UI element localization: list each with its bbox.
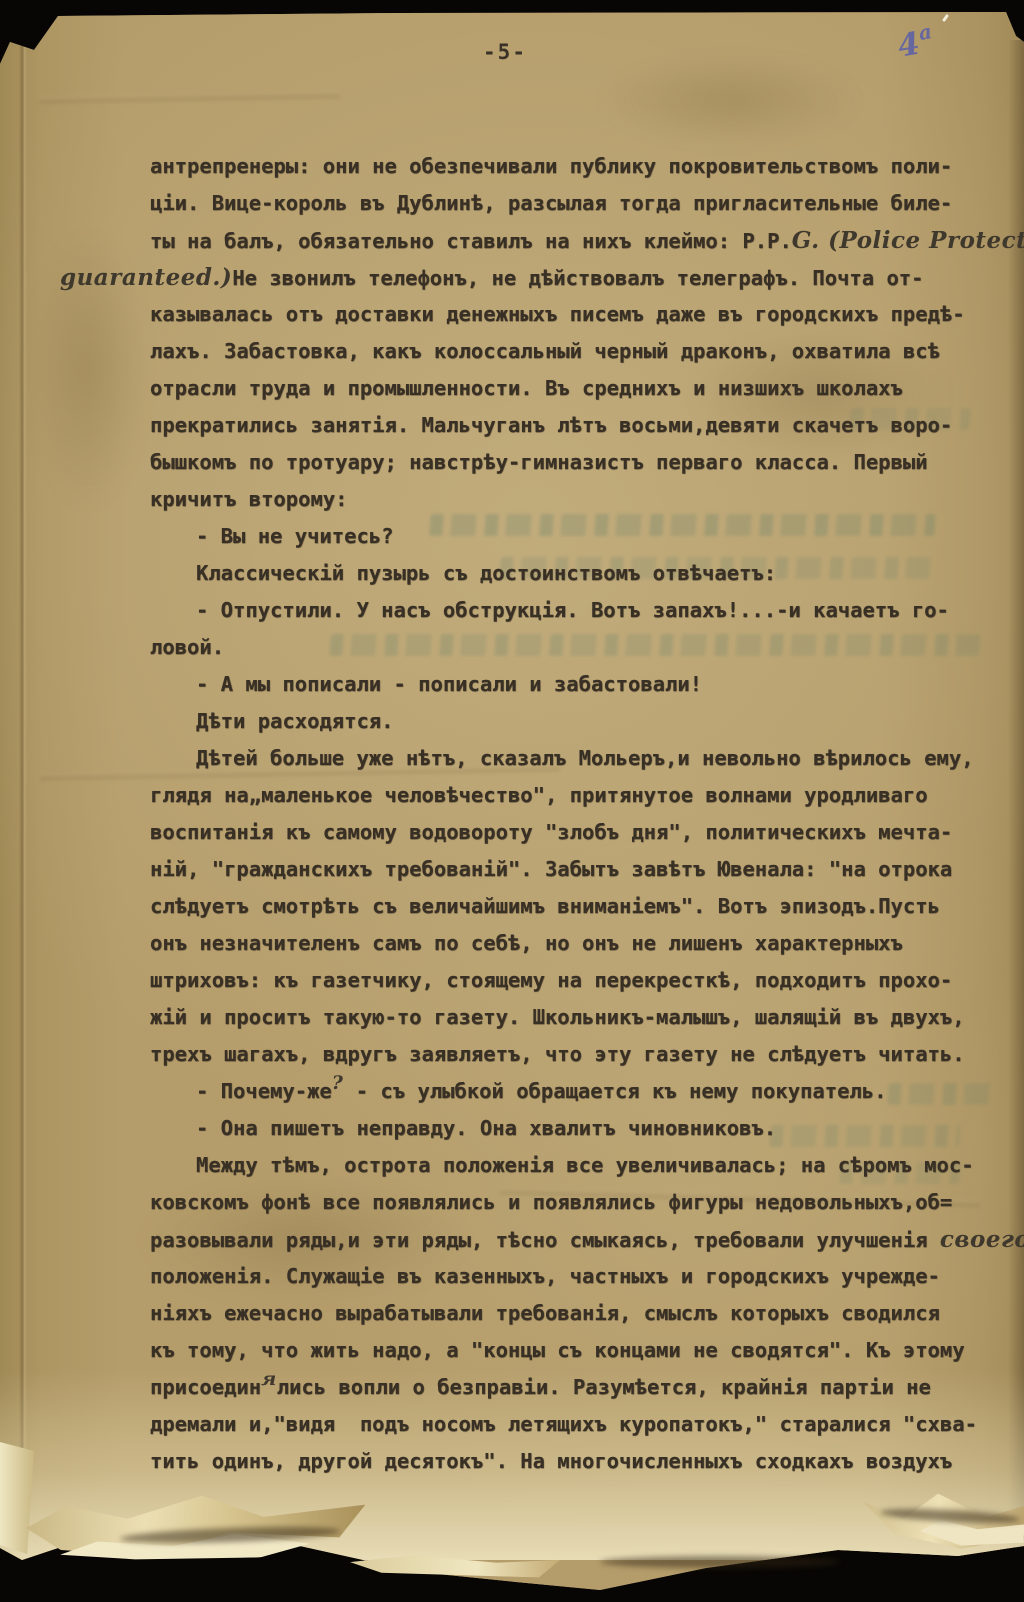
typed-text: ловой.: [150, 635, 224, 659]
typed-text: присоедин: [150, 1375, 261, 1399]
typed-text: - Вы не учитесь?: [196, 524, 393, 548]
typed-text: дремали и,"видя подъ носомъ летящихъ кур…: [150, 1412, 977, 1436]
text-line: глядя на„маленькое человѣчество", притян…: [150, 777, 980, 814]
text-line: - Вы не учитесь?: [150, 518, 980, 555]
text-line: бышкомъ по тротуару; навстрѣу-гимназистъ…: [150, 444, 980, 481]
typed-text: - Отпустили. У насъ обструкція. Вотъ зап…: [196, 598, 949, 622]
typed-text: положенія. Служащіе въ казенныхъ, частны…: [150, 1264, 940, 1288]
typed-text: ковскомъ фонѣ все появлялись и появлялис…: [150, 1190, 952, 1214]
typed-text: ніяхъ ежечасно вырабатывали требованія, …: [150, 1301, 940, 1325]
typed-text: Не звонилъ телефонъ, не дѣйствовалъ теле…: [232, 266, 923, 290]
typed-text: антрепренеры: они не обезпечивали публик…: [150, 154, 952, 178]
typed-text: штриховъ: къ газетчику, стоящему на пере…: [150, 968, 952, 992]
handwritten-text: я: [261, 1368, 277, 1390]
text-line: воспитанія къ самому водовороту "злобъ д…: [150, 814, 980, 851]
text-line: ты на балъ, обязательно ставилъ на нихъ …: [150, 222, 980, 259]
text-line: ковскомъ фонѣ все появлялись и появлялис…: [150, 1184, 980, 1221]
text-line: Классическій пузырь съ достоинствомъ отв…: [150, 555, 980, 592]
text-line: ній, "гражданскихъ требованій". Забытъ з…: [150, 851, 980, 888]
typed-text: тить одинъ, другой десятокъ". На многочи…: [150, 1449, 952, 1473]
text-line: штриховъ: къ газетчику, стоящему на пере…: [150, 962, 980, 999]
text-line: ловой.: [150, 629, 980, 666]
text-body: антрепренеры: они не обезпечивали публик…: [150, 148, 980, 1480]
text-line: слѣдуетъ смотрѣть съ величайшимъ внимані…: [150, 888, 980, 925]
text-line: - Отпустили. У насъ обструкція. Вотъ зап…: [150, 592, 980, 629]
text-line: разовывали ряды,и эти ряды, тѣсно смыкая…: [150, 1221, 980, 1258]
paper-sheet: -5- 4a антрепренеры: они не обезпечивали…: [0, 0, 1024, 1602]
typed-text: трехъ шагахъ, вдругъ заявляетъ, что эту …: [150, 1042, 965, 1066]
typed-text: кричитъ второму:: [150, 487, 347, 511]
handwritten-text: ?: [332, 1072, 344, 1094]
typed-text: - Она пишетъ неправду. Она хвалитъ чинов…: [196, 1116, 776, 1140]
text-line: трехъ шагахъ, вдругъ заявляетъ, что эту …: [150, 1036, 980, 1073]
text-line: Между тѣмъ, острота положенія все увелич…: [150, 1147, 980, 1184]
paper-wrinkle: [40, 92, 340, 102]
typed-text: Классическій пузырь съ достоинствомъ отв…: [196, 561, 776, 585]
typed-text: къ тому, что жить надо, а "концы съ конц…: [150, 1338, 965, 1362]
page-number: -5-: [0, 40, 1010, 64]
text-line: кричитъ второму:: [150, 481, 980, 518]
typed-text: - съ улыбкой обращается къ нему покупате…: [343, 1079, 886, 1103]
fold-shadow: [600, 1556, 840, 1568]
text-line: присоединялись вопли о безправіи. Разумѣ…: [150, 1369, 980, 1406]
typed-text: бышкомъ по тротуару; навстрѣу-гимназистъ…: [150, 450, 928, 474]
typed-text: - А мы пописали - пописали и забастовали…: [196, 672, 702, 696]
typed-text: лись вопли о безправіи. Разумѣется, край…: [277, 1375, 931, 1399]
text-line: - Почему-же? - съ улыбкой обращается къ …: [150, 1073, 980, 1110]
typed-text: ціи. Вице-король въ Дублинѣ, разсылая то…: [150, 191, 952, 215]
text-line: жій и проситъ такую-то газету. Школьникъ…: [150, 999, 980, 1036]
text-line: къ тому, что жить надо, а "концы съ конц…: [150, 1332, 980, 1369]
text-line: ніяхъ ежечасно вырабатывали требованія, …: [150, 1295, 980, 1332]
typed-text: онъ незначителенъ самъ по себѣ, но онъ н…: [150, 931, 903, 955]
paper-fleck: [942, 14, 949, 22]
text-line: отрасли труда и промышленности. Въ средн…: [150, 370, 980, 407]
text-line: онъ незначителенъ самъ по себѣ, но онъ н…: [150, 925, 980, 962]
page-edge-shadow: [1008, 40, 1024, 1540]
typed-text: отрасли труда и промышленности. Въ средн…: [150, 376, 903, 400]
typed-text: слѣдуетъ смотрѣть съ величайшимъ внимані…: [150, 894, 940, 918]
text-line: прекратились занятія. Мальчуганъ лѣтъ во…: [150, 407, 980, 444]
typed-text: глядя на„маленькое человѣчество", притян…: [150, 783, 928, 807]
fold-crease: [19, 46, 27, 1546]
text-line: - А мы пописали - пописали и забастовали…: [150, 666, 980, 703]
handwritten-corner-annotation: 4a: [895, 23, 935, 64]
text-line: положенія. Служащіе въ казенныхъ, частны…: [150, 1258, 980, 1295]
text-line: guaranteed.)Не звонилъ телефонъ, не дѣйс…: [60, 259, 980, 296]
typed-text: ты на балъ, обязательно ставилъ на нихъ …: [150, 229, 792, 253]
typed-text: казывалась отъ доставки денежныхъ писемъ…: [150, 302, 965, 326]
handwritten-text: guaranteed.): [60, 264, 232, 291]
text-line: лахъ. Забастовка, какъ колоссальный черн…: [150, 333, 980, 370]
typed-text: Дѣти расходятся.: [196, 709, 393, 733]
text-line: Дѣти расходятся.: [150, 703, 980, 740]
text-line: дремали и,"видя подъ носомъ летящихъ кур…: [150, 1406, 980, 1443]
handwritten-text: G. (Police Protection: [792, 227, 1024, 254]
text-line: казывалась отъ доставки денежныхъ писемъ…: [150, 296, 980, 333]
typed-text: Между тѣмъ, острота положенія все увелич…: [196, 1153, 974, 1177]
paper-smudge: [600, 55, 860, 145]
text-line: ціи. Вице-король въ Дублинѣ, разсылая то…: [150, 185, 980, 222]
typed-text: прекратились занятія. Мальчуганъ лѣтъ во…: [150, 413, 952, 437]
typed-text: - Почему-же: [196, 1079, 332, 1103]
text-line: Дѣтей больше уже нѣтъ, сказалъ Мольеръ,и…: [150, 740, 980, 777]
typed-text: ній, "гражданскихъ требованій". Забытъ з…: [150, 857, 952, 881]
text-line: антрепренеры: они не обезпечивали публик…: [150, 148, 980, 185]
typed-text: Дѣтей больше уже нѣтъ, сказалъ Мольеръ,и…: [196, 746, 974, 770]
handwritten-text: своего: [940, 1226, 1024, 1253]
typed-text: жій и проситъ такую-то газету. Школьникъ…: [150, 1005, 965, 1029]
text-line: тить одинъ, другой десятокъ". На многочи…: [150, 1443, 980, 1480]
typed-text: лахъ. Забастовка, какъ колоссальный черн…: [150, 339, 940, 363]
typed-text: воспитанія къ самому водовороту "злобъ д…: [150, 820, 952, 844]
typed-text: разовывали ряды,и эти ряды, тѣсно смыкая…: [150, 1228, 940, 1252]
scanned-document: -5- 4a антрепренеры: они не обезпечивали…: [0, 0, 1024, 1602]
text-line: - Она пишетъ неправду. Она хвалитъ чинов…: [150, 1110, 980, 1147]
